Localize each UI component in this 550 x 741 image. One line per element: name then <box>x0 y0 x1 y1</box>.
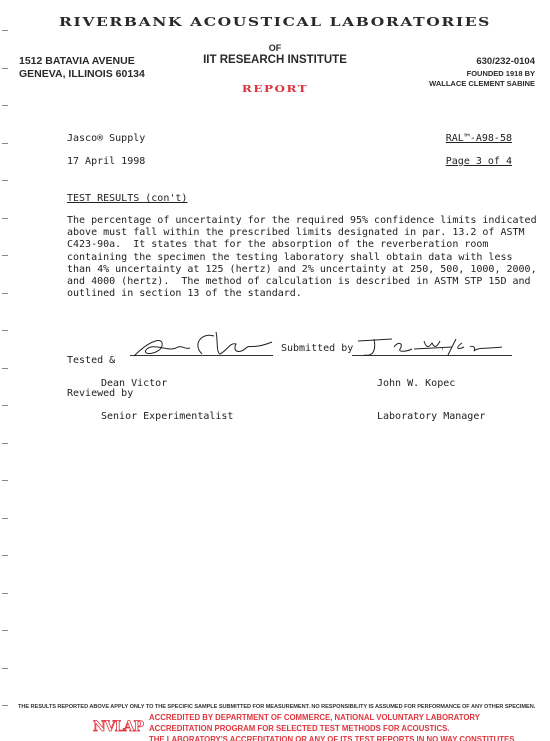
report-label: REPORT <box>0 83 550 94</box>
margin-tick <box>2 218 8 219</box>
margin-tick <box>2 705 8 706</box>
margin-tick <box>2 68 8 69</box>
paragraph-line: outlined in section 13 of the standard. <box>67 288 537 300</box>
report-date: 17 April 1998 <box>67 156 145 167</box>
margin-tick <box>2 293 8 294</box>
address-line-2: GENEVA, ILLINOIS 60134 <box>19 68 145 81</box>
margin-tick <box>2 630 8 631</box>
tester-title: Senior Experimentalist <box>101 411 233 422</box>
section-heading: TEST RESULTS (con't) <box>67 193 187 204</box>
paragraph-line: above must fall within the prescribed li… <box>67 227 537 239</box>
margin-tick <box>2 255 8 256</box>
accreditation-line-1: ACCREDITED BY DEPARTMENT OF COMMERCE, NA… <box>149 713 480 722</box>
accreditation-line-3: THE LABORATORY'S ACCREDITATION OR ANY OF… <box>149 735 514 741</box>
submitter-block: John W. Kopec Laboratory Manager <box>377 356 485 433</box>
paragraph-line: C423-90a. It states that for the absorpt… <box>67 239 537 251</box>
page-indicator: Page 3 of 4 <box>446 156 512 167</box>
address: 1512 BATAVIA AVENUE GENEVA, ILLINOIS 601… <box>19 55 145 81</box>
of-label: OF <box>0 43 550 53</box>
margin-tick <box>2 443 8 444</box>
margin-tick <box>2 518 8 519</box>
margin-tick <box>2 555 8 556</box>
margin-tick <box>2 180 8 181</box>
paragraph-line: containing the specimen the testing labo… <box>67 252 537 264</box>
client-name: Jasco® Supply <box>67 133 145 144</box>
submitter-title: Laboratory Manager <box>377 411 485 422</box>
margin-tick <box>2 30 8 31</box>
tester-block: Dean Victor Senior Experimentalist <box>101 356 233 433</box>
margin-tick <box>2 368 8 369</box>
margin-tick <box>2 143 8 144</box>
report-number: RAL™-A98-58 <box>446 133 512 144</box>
margin-tick <box>2 668 8 669</box>
paragraph-line: The percentage of uncertainty for the re… <box>67 215 537 227</box>
submitted-label: Submitted by <box>281 343 353 354</box>
margin-tick <box>2 405 8 406</box>
founded-line-1: FOUNDED 1918 BY <box>429 69 535 79</box>
disclaimer: THE RESULTS REPORTED ABOVE APPLY ONLY TO… <box>18 704 535 710</box>
body-paragraph: The percentage of uncertainty for the re… <box>67 215 537 300</box>
accreditation-line-2: ACCREDITATION PROGRAM FOR SELECTED TEST … <box>149 724 449 733</box>
tester-name: Dean Victor <box>101 378 233 389</box>
submitter-name: John W. Kopec <box>377 378 485 389</box>
paragraph-line: and 4000 (hertz). The method of calculat… <box>67 276 537 288</box>
margin-tick <box>2 105 8 106</box>
paragraph-line: than 4% uncertainty at 125 (hertz) and 2… <box>67 264 537 276</box>
address-line-1: 1512 BATAVIA AVENUE <box>19 55 145 68</box>
margin-tick <box>2 593 8 594</box>
margin-tick <box>2 480 8 481</box>
nvlap-logo: NVLAP <box>93 719 143 735</box>
phone-number: 630/232-0104 <box>476 56 535 67</box>
margin-tick <box>2 330 8 331</box>
lab-title: RIVERBANK ACOUSTICAL LABORATORIES <box>0 14 550 29</box>
